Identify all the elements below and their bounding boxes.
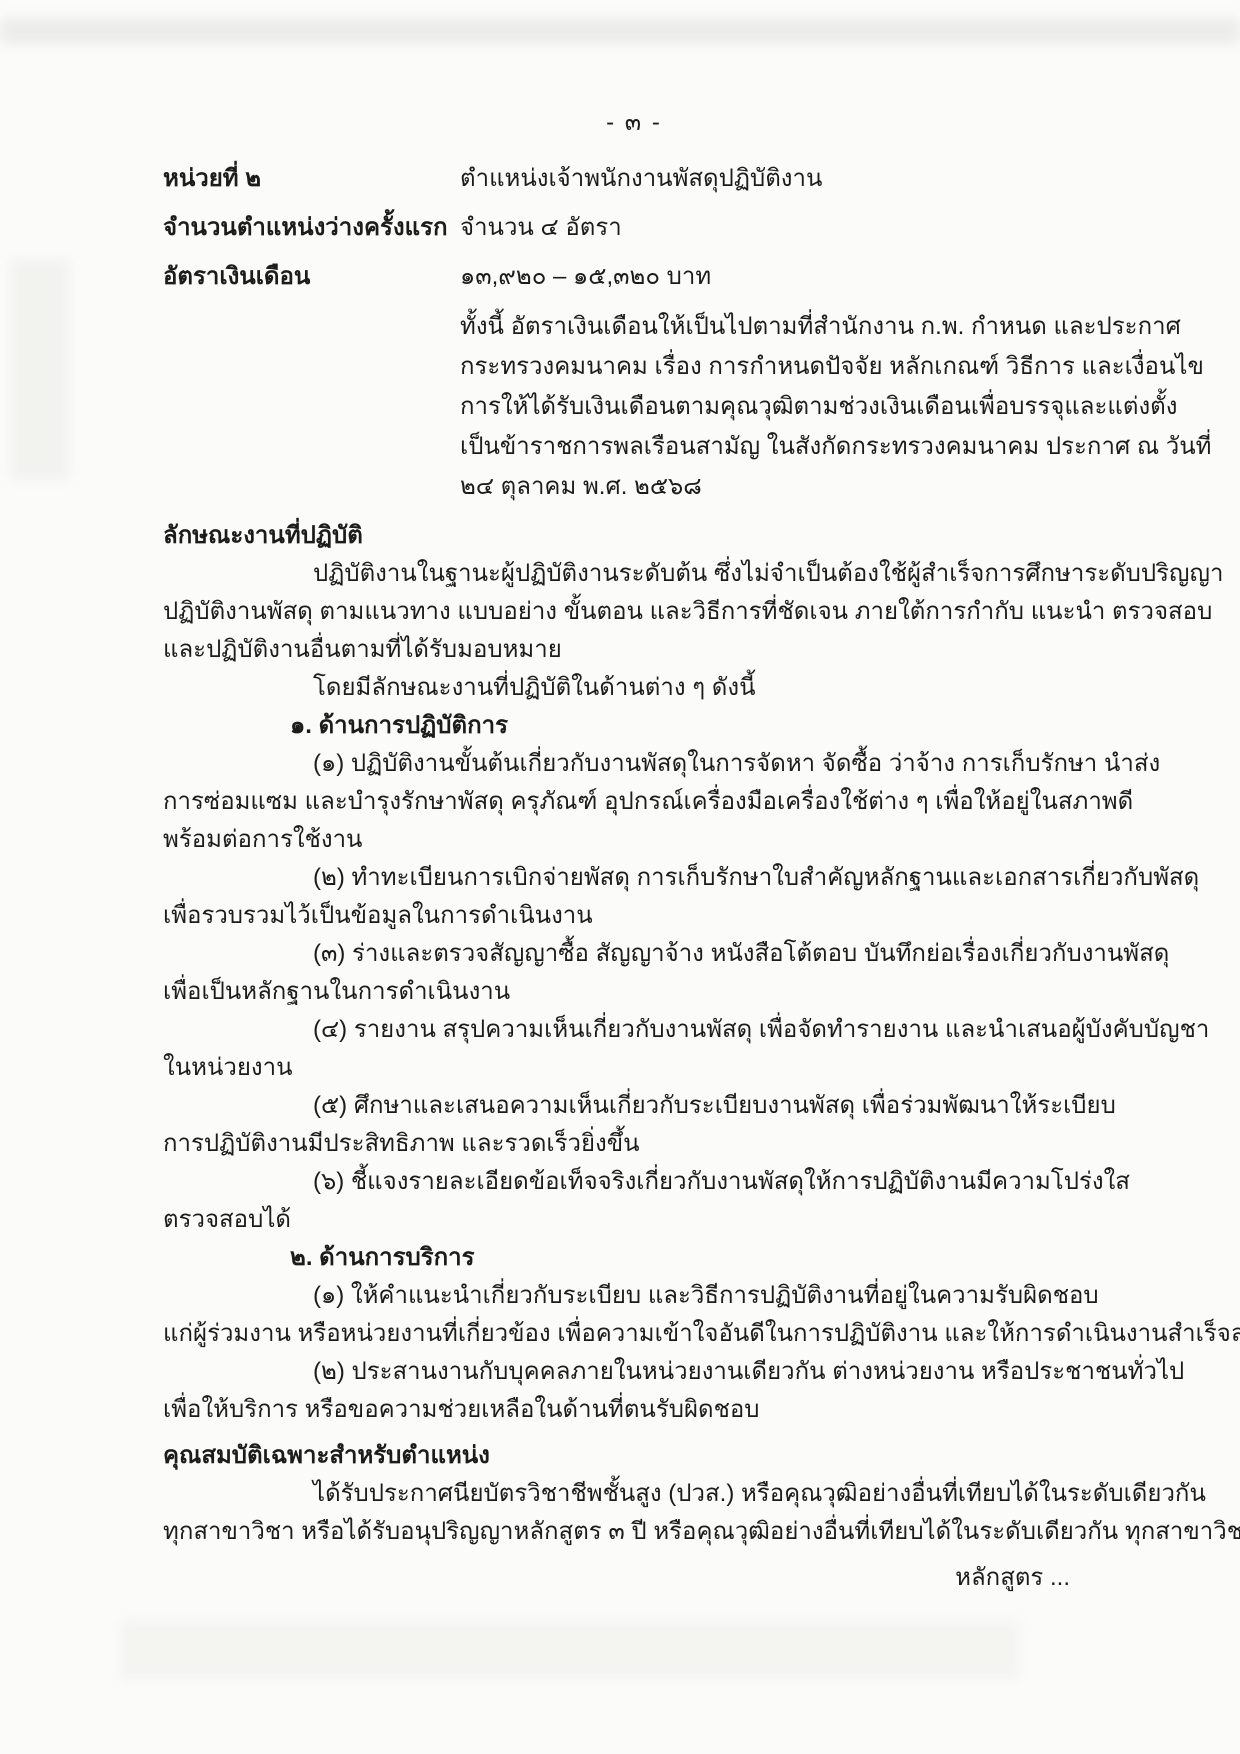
duty-item-line: (๑) ให้คำแนะนำเกี่ยวกับระเบียบ และวิธีกา… — [163, 1277, 1105, 1315]
salary-note-line: ๒๔ ตุลาคม พ.ศ. ๒๕๖๘ — [460, 467, 1105, 507]
qualification-line: ได้รับประกาศนียบัตรวิชาชีพชั้นสูง (ปวส.)… — [163, 1475, 1105, 1513]
duty-item-line: พร้อมต่อการใช้งาน — [163, 821, 1105, 859]
unit-label: หน่วยที่ ๒ — [163, 160, 460, 198]
qualification-line: ทุกสาขาวิชา หรือได้รับอนุปริญญาหลักสูตร … — [163, 1513, 1105, 1551]
duty-item-line: เพื่อให้บริการ หรือขอความช่วยเหลือในด้าน… — [163, 1391, 1105, 1429]
salary-note-line: การให้ได้รับเงินเดือนตามคุณวุฒิตามช่วงเง… — [460, 387, 1105, 427]
duty-item: (๓) ร่างและตรวจสัญญาซื้อ สัญญาจ้าง หนังส… — [163, 935, 1105, 1011]
duty-item-line: เพื่อเป็นหลักฐานในการดำเนินงาน — [163, 973, 1105, 1011]
job-description-heading: ลักษณะงานที่ปฏิบัติ — [163, 517, 1105, 555]
duty-item: (๖) ชี้แจงรายละเอียดข้อเท็จจริงเกี่ยวกับ… — [163, 1163, 1105, 1239]
info-row-vacancies: จำนวนตำแหน่งว่างครั้งแรก จำนวน ๔ อัตรา — [163, 209, 1105, 247]
salary-note: ทั้งนี้ อัตราเงินเดือนให้เป็นไปตามที่สำน… — [460, 307, 1105, 507]
duty-item-line: แก่ผู้ร่วมงาน หรือหน่วยงานที่เกี่ยวข้อง … — [163, 1315, 1105, 1353]
scanned-document-page: - ๓ - หน่วยที่ ๒ ตำแหน่งเจ้าพนักงานพัสดุ… — [0, 0, 1240, 1754]
vacancies-label: จำนวนตำแหน่งว่างครั้งแรก — [163, 209, 460, 247]
info-row-salary: อัตราเงินเดือน ๑๓,๙๒๐ – ๑๕,๓๒๐ บาท — [163, 258, 1105, 296]
lead-in-line: โดยมีลักษณะงานที่ปฏิบัติในด้านต่าง ๆ ดัง… — [163, 669, 1105, 707]
vacancies-value: จำนวน ๔ อัตรา — [460, 209, 1105, 247]
duty-item: (๕) ศึกษาและเสนอความเห็นเกี่ยวกับระเบียบ… — [163, 1087, 1105, 1163]
salary-note-line: เป็นข้าราชการพลเรือนสามัญ ในสังกัดกระทรว… — [460, 427, 1105, 467]
scan-artifact — [120, 1620, 1020, 1680]
salary-note-line: กระทรวงคมนาคม เรื่อง การกำหนดปัจจัย หลัก… — [460, 347, 1105, 387]
duty-item: (๑) ปฏิบัติงานขั้นต้นเกี่ยวกับงานพัสดุใน… — [163, 745, 1105, 859]
info-row-unit: หน่วยที่ ๒ ตำแหน่งเจ้าพนักงานพัสดุปฏิบัต… — [163, 160, 1105, 198]
qualifications-heading: คุณสมบัติเฉพาะสำหรับตำแหน่ง — [163, 1437, 1105, 1475]
duty-item-line: (๔) รายงาน สรุปความเห็นเกี่ยวกับงานพัสดุ… — [163, 1011, 1105, 1049]
duty-item-line: (๕) ศึกษาและเสนอความเห็นเกี่ยวกับระเบียบ… — [163, 1087, 1105, 1125]
job-description-intro: ปฏิบัติงานในฐานะผู้ปฏิบัติงานระดับต้น ซึ… — [163, 555, 1105, 707]
paragraph-line: และปฏิบัติงานอื่นตามที่ได้รับมอบหมาย — [163, 631, 1105, 669]
qualifications-body: ได้รับประกาศนียบัตรวิชาชีพชั้นสูง (ปวส.)… — [163, 1475, 1105, 1551]
salary-label: อัตราเงินเดือน — [163, 258, 460, 296]
duty-item-line: (๖) ชี้แจงรายละเอียดข้อเท็จจริงเกี่ยวกับ… — [163, 1163, 1105, 1201]
unit-value: ตำแหน่งเจ้าพนักงานพัสดุปฏิบัติงาน — [460, 160, 1105, 198]
paragraph-line: ปฏิบัติงานพัสดุ ตามแนวทาง แบบอย่าง ขั้นต… — [163, 593, 1105, 631]
continuation-marker: หลักสูตร ... — [163, 1559, 1105, 1597]
paragraph-line: ปฏิบัติงานในฐานะผู้ปฏิบัติงานระดับต้น ซึ… — [163, 555, 1105, 593]
duty-item: (๑) ให้คำแนะนำเกี่ยวกับระเบียบ และวิธีกา… — [163, 1277, 1105, 1353]
salary-note-line: ทั้งนี้ อัตราเงินเดือนให้เป็นไปตามที่สำน… — [460, 307, 1105, 347]
duty-section-title: ๑. ด้านการปฏิบัติการ — [163, 707, 1105, 745]
duty-item-line: (๓) ร่างและตรวจสัญญาซื้อ สัญญาจ้าง หนังส… — [163, 935, 1105, 973]
duty-item-line: (๑) ปฏิบัติงานขั้นต้นเกี่ยวกับงานพัสดุใน… — [163, 745, 1105, 783]
duty-item: (๔) รายงาน สรุปความเห็นเกี่ยวกับงานพัสดุ… — [163, 1011, 1105, 1087]
duty-item-line: (๒) ทำทะเบียนการเบิกจ่ายพัสดุ การเก็บรัก… — [163, 859, 1105, 897]
duty-section-title: ๒. ด้านการบริการ — [163, 1239, 1105, 1277]
position-info-table: หน่วยที่ ๒ ตำแหน่งเจ้าพนักงานพัสดุปฏิบัต… — [163, 160, 1105, 507]
duty-item-line: ตรวจสอบได้ — [163, 1201, 1105, 1239]
duty-item-line: เพื่อรวบรวมไว้เป็นข้อมูลในการดำเนินงาน — [163, 897, 1105, 935]
duty-item-line: การปฏิบัติงานมีประสิทธิภาพ และรวดเร็วยิ่… — [163, 1125, 1105, 1163]
duty-section-service: ๒. ด้านการบริการ (๑) ให้คำแนะนำเกี่ยวกับ… — [163, 1239, 1105, 1429]
duty-item: (๒) ทำทะเบียนการเบิกจ่ายพัสดุ การเก็บรัก… — [163, 859, 1105, 935]
duty-item: (๒) ประสานงานกับบุคคลภายในหน่วยงานเดียวก… — [163, 1353, 1105, 1429]
duty-item-line: ในหน่วยงาน — [163, 1049, 1105, 1087]
duty-item-line: การซ่อมแซม และบำรุงรักษาพัสดุ ครุภัณฑ์ อ… — [163, 783, 1105, 821]
document-content: - ๓ - หน่วยที่ ๒ ตำแหน่งเจ้าพนักงานพัสดุ… — [0, 0, 1240, 1597]
page-number: - ๓ - — [163, 104, 1105, 142]
salary-value: ๑๓,๙๒๐ – ๑๕,๓๒๐ บาท — [460, 258, 1105, 296]
duty-section-operations: ๑. ด้านการปฏิบัติการ (๑) ปฏิบัติงานขั้นต… — [163, 707, 1105, 1239]
duty-item-line: (๒) ประสานงานกับบุคคลภายในหน่วยงานเดียวก… — [163, 1353, 1105, 1391]
